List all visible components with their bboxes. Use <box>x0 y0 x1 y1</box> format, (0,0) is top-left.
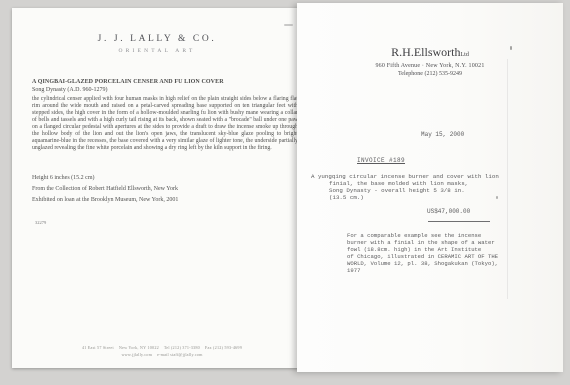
invoice-description-line: finial, the base molded with lion masks, <box>329 180 468 187</box>
invoice-note-line: fowl (18.8cm. high) in the Art Institute <box>347 246 481 253</box>
lot-height: Height 6 inches (15.2 cm) <box>32 175 94 181</box>
lot-description: the cylindrical censer applied with four… <box>32 96 298 152</box>
lot-exhibition: Exhibited on loan at the Brooklyn Museum… <box>32 197 178 203</box>
scan-speck <box>510 46 512 50</box>
pencil-mark <box>284 24 293 26</box>
stock-number: 32279 <box>35 220 46 225</box>
lally-footer-address: 41 East 57 Street New York, NY 10022 Tel… <box>12 345 312 350</box>
invoice-description-line: A yungqing circular incense burner and c… <box>311 173 499 180</box>
invoice-note-line: burner with a finial in the shape of a w… <box>347 239 495 246</box>
invoice-note-line: For a comparable example see the incense <box>347 232 481 239</box>
lally-footer-web: www.jjlally.com e-mail staff@jjlally.com <box>12 352 312 357</box>
invoice-description-line: Song Dynasty - overall height 5 3/8 in. <box>329 187 465 194</box>
ellsworth-invoice-page: R.H.EllsworthLtd 960 Fifth Avenue · New … <box>297 3 563 372</box>
paper-crease <box>507 59 508 299</box>
lally-brand-name: J. J. LALLY & CO. <box>12 34 302 44</box>
invoice-amount: US$47,000.00 <box>427 208 470 215</box>
invoice-note-line: of Chicago, illustrated in CERAMIC ART O… <box>347 253 498 260</box>
ellsworth-address: 960 Fifth Avenue · New York, N.Y. 10021 <box>297 63 563 69</box>
lally-catalogue-page: J. J. LALLY & CO. ORIENTAL ART A QINGBAI… <box>12 8 314 368</box>
lally-brand-subtitle: ORIENTAL ART <box>12 48 302 54</box>
invoice-number: INVOICE #189 <box>357 157 405 164</box>
amount-underline-rule <box>428 221 490 222</box>
invoice-description-line: (13.5 cm.) <box>329 194 364 201</box>
lot-provenance: From the Collection of Robert Hatfield E… <box>32 186 178 192</box>
scanned-documents-canvas: J. J. LALLY & CO. ORIENTAL ART A QINGBAI… <box>0 0 570 385</box>
ellsworth-brand-name: R.H.EllsworthLtd <box>297 45 563 60</box>
lot-dynasty: Song Dynasty (A.D. 960-1279) <box>32 87 304 93</box>
ellsworth-telephone: Telephone (212) 535-9249 <box>297 71 563 77</box>
ellsworth-brand-suffix: Ltd <box>461 52 469 58</box>
lot-title: A QINGBAI-GLAZED PORCELAIN CENSER AND FU… <box>32 79 304 85</box>
invoice-date: May 15, 2000 <box>421 131 464 138</box>
ellsworth-brand-text: R.H.Ellsworth <box>391 45 460 59</box>
invoice-note-line: WORLD, Volume 12, pl. 38, Shogakukan (To… <box>347 260 498 267</box>
invoice-note-line: 1977 <box>347 267 360 274</box>
scan-speck <box>496 196 498 199</box>
